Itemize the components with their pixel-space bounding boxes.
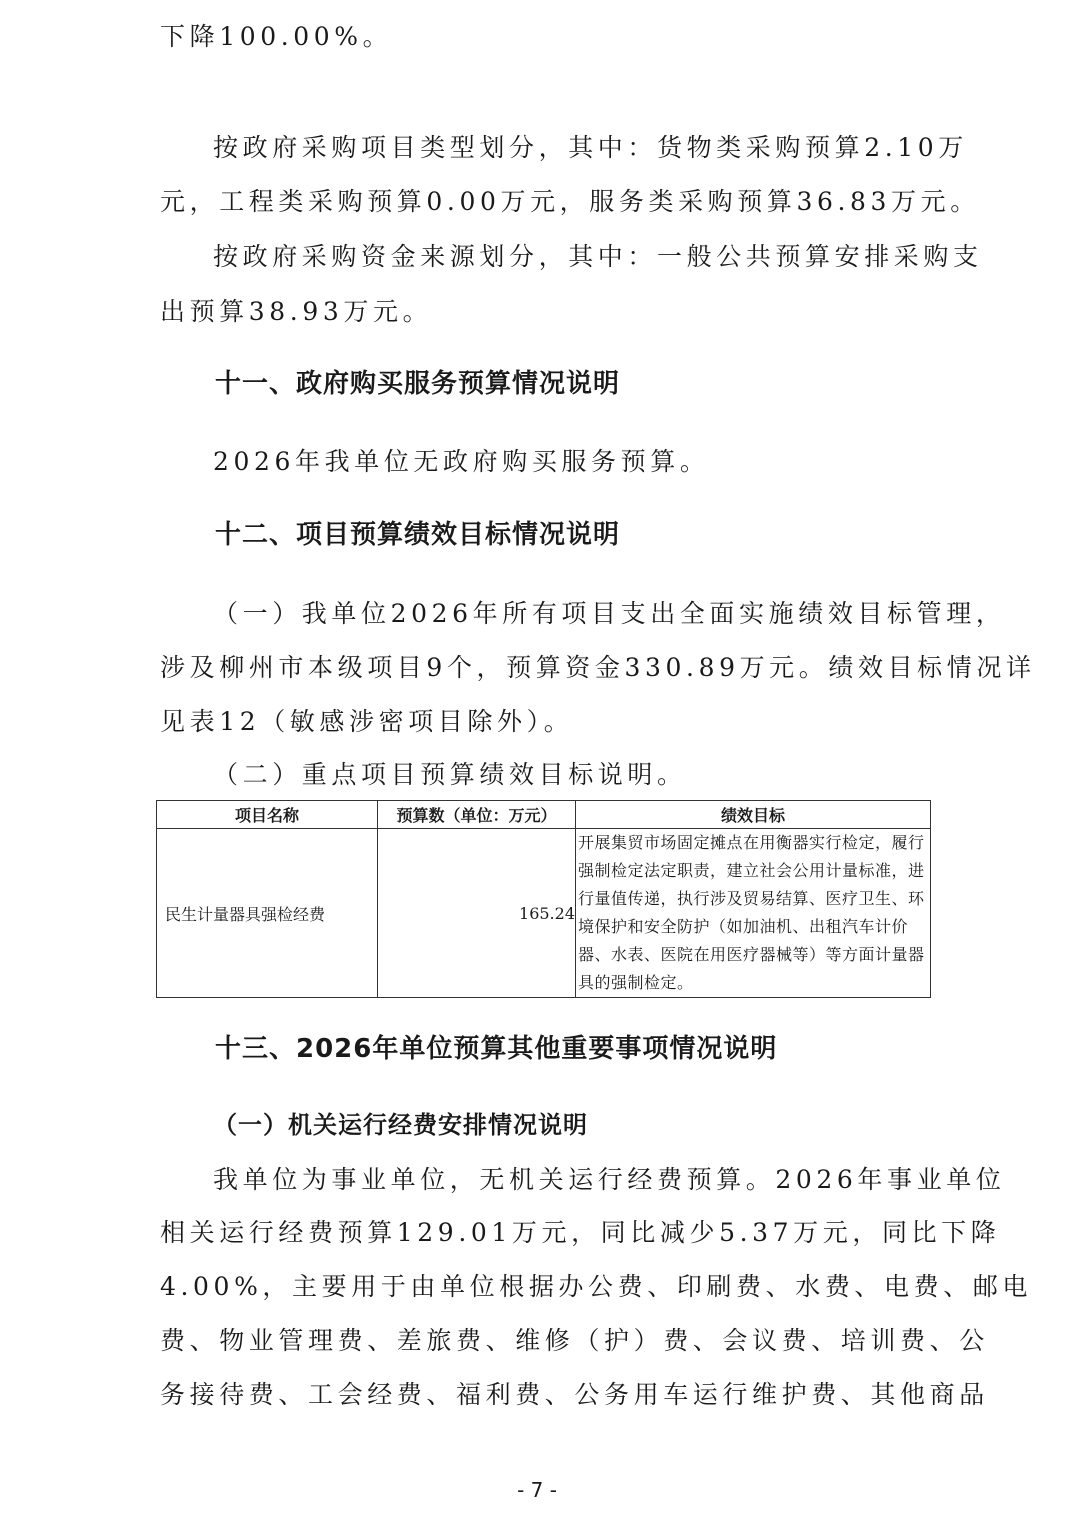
paragraph-line: 相关运行经费预算129.01万元，同比减少5.37万元，同比下降: [160, 1216, 930, 1250]
column-header-project-name: 项目名称: [157, 801, 378, 829]
table-row: 民生计量器具强检经费 165.24 开展集贸市场固定摊点在用衡器实行检定，履行强…: [157, 829, 931, 998]
budget-amount-cell: 165.24: [378, 829, 576, 998]
performance-goal-cell: 开展集贸市场固定摊点在用衡器实行检定，履行强制检定法定职责，建立社会公用计量标准…: [576, 829, 931, 998]
page-number: - 7 -: [0, 1478, 1074, 1502]
paragraph-line: 下降100.00%。: [160, 20, 930, 54]
paragraph-line: 务接待费、工会经费、福利费、公务用车运行维护费、其他商品: [160, 1378, 930, 1412]
table-header-row: 项目名称 预算数（单位：万元） 绩效目标: [157, 801, 931, 829]
paragraph-line: 出预算38.93万元。: [160, 295, 930, 329]
column-header-budget: 预算数（单位：万元）: [378, 801, 576, 829]
paragraph-line: 涉及柳州市本级项目9个，预算资金330.89万元。绩效目标情况详: [160, 651, 930, 685]
section-13-subheading: （一）机关运行经费安排情况说明: [213, 1108, 588, 1142]
section-11-body: 2026年我单位无政府购买服务预算。: [213, 445, 983, 479]
paragraph-line: 按政府采购项目类型划分，其中：货物类采购预算2.10万: [213, 131, 983, 165]
paragraph-line: 元，工程类采购预算0.00万元，服务类采购预算36.83万元。: [160, 185, 930, 219]
paragraph-line: 我单位为事业单位，无机关运行经费预算。2026年事业单位: [213, 1163, 983, 1197]
paragraph-line: 见表12（敏感涉密项目除外）。: [160, 705, 930, 739]
project-name-cell: 民生计量器具强检经费: [157, 829, 378, 998]
section-13-heading: 十三、2026年单位预算其他重要事项情况说明: [215, 1032, 777, 1066]
paragraph-line: （一）我单位2026年所有项目支出全面实施绩效目标管理，: [213, 597, 983, 631]
column-header-goal: 绩效目标: [576, 801, 931, 829]
paragraph-line: （二）重点项目预算绩效目标说明。: [213, 758, 983, 792]
paragraph-line: 按政府采购资金来源划分，其中：一般公共预算安排采购支: [213, 240, 983, 274]
performance-goals-table: 项目名称 预算数（单位：万元） 绩效目标 民生计量器具强检经费 165.24 开…: [156, 800, 931, 998]
paragraph-line: 费、物业管理费、差旅费、维修（护）费、会议费、培训费、公: [160, 1324, 930, 1358]
paragraph-line: 4.00%，主要用于由单位根据办公费、印刷费、水费、电费、邮电: [160, 1270, 930, 1304]
section-12-heading: 十二、项目预算绩效目标情况说明: [215, 518, 620, 552]
section-11-heading: 十一、政府购买服务预算情况说明: [215, 367, 620, 401]
